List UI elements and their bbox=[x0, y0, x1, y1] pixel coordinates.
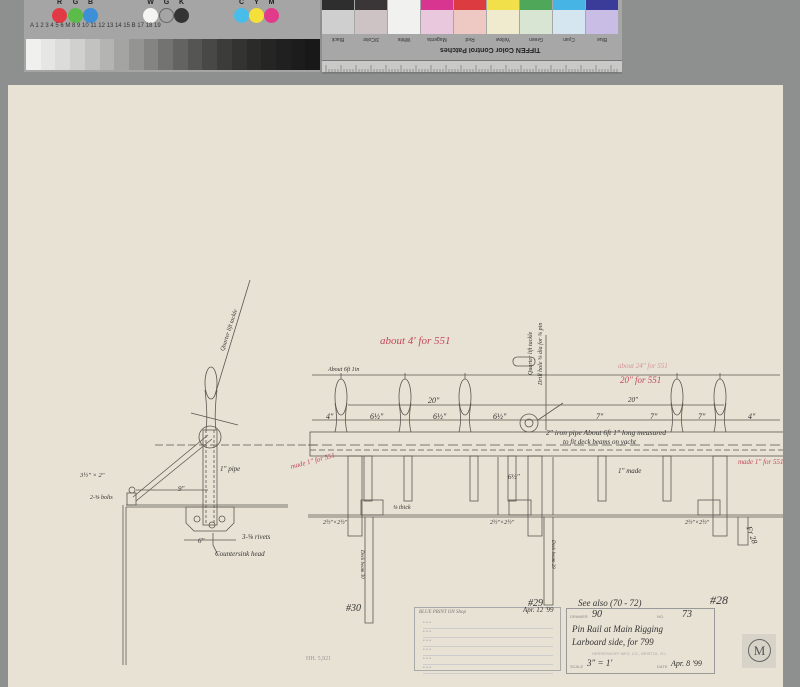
center-dimension: 20" bbox=[428, 396, 439, 405]
patch-white: White bbox=[388, 0, 420, 34]
red-note-faint: about 24" for 551 bbox=[618, 362, 668, 370]
color-dot-label: B bbox=[83, 0, 98, 6]
date-label: DATE bbox=[657, 664, 667, 669]
gray-step bbox=[144, 39, 159, 70]
iron-pipe-note-2: to fit deck beams on yacht bbox=[563, 438, 636, 446]
color-dot-label: W bbox=[143, 0, 158, 6]
gray-step bbox=[55, 39, 70, 70]
maker-label: HERRESHOFF MFG. CO., BRISTOL, R.I. bbox=[592, 651, 667, 656]
patch-label: Red bbox=[454, 36, 486, 42]
gray-step bbox=[291, 39, 306, 70]
sheet-number: 73 bbox=[682, 609, 692, 620]
right-center-dimension: 20" bbox=[628, 396, 638, 404]
patch-black: Black bbox=[322, 0, 354, 34]
color-dot-m bbox=[264, 8, 279, 23]
red-note-right: made 1" for 551 bbox=[738, 458, 784, 466]
patch-label: 3/Color bbox=[355, 36, 387, 42]
gray-step bbox=[202, 39, 217, 70]
color-dot-g bbox=[68, 8, 83, 23]
record-row: • • • bbox=[423, 665, 553, 674]
color-dot-label: G bbox=[159, 0, 174, 6]
gray-step bbox=[85, 39, 100, 70]
gray-step bbox=[158, 39, 173, 70]
spacing-dimension: 4" bbox=[326, 412, 333, 421]
drawing-date: Apr. 8 '99 bbox=[671, 659, 702, 668]
beam-number-30: #30 bbox=[346, 603, 361, 614]
deck-beam-30-label: Deck beam 30 bbox=[359, 550, 364, 579]
color-dot-label: Y bbox=[249, 0, 264, 6]
patch-label: Cyan bbox=[553, 36, 585, 42]
technical-drawing bbox=[8, 85, 783, 687]
color-dot-label: K bbox=[174, 0, 189, 6]
see-also-note: See also (70 - 72) bbox=[578, 598, 641, 608]
blueprint-record-block: BLUE PRINT ON Shop Apr. 12 '99 • • •• • … bbox=[414, 607, 561, 671]
drawing-sheet: about 4' for 551 20" for 551 about 24" f… bbox=[8, 85, 783, 687]
gray-step bbox=[100, 39, 115, 70]
angle-left-label: 2½"×2½" bbox=[323, 520, 347, 526]
color-dot-k bbox=[174, 8, 189, 23]
patch-label: Blue bbox=[586, 36, 618, 42]
patch-3color: 3/Color bbox=[355, 0, 387, 34]
patch-label: White bbox=[388, 36, 420, 42]
color-dot-label: G bbox=[68, 0, 83, 6]
one-inch-pipe-label: 1" pipe bbox=[220, 465, 240, 473]
record-row: • • • bbox=[423, 638, 553, 647]
arm-dimension: 9" bbox=[178, 485, 184, 493]
title-line-2: Larboard side, for 799 bbox=[572, 637, 654, 647]
angle-mid-label: 2½"×2½" bbox=[490, 520, 514, 526]
title-line-1: Pin Rail at Main Rigging bbox=[572, 624, 663, 634]
base-dimension: 6" bbox=[198, 537, 204, 545]
frame-number-28: #28 bbox=[710, 593, 728, 608]
color-dot-b bbox=[83, 8, 98, 23]
bolts-label: 2-⅝ bolts bbox=[90, 495, 113, 501]
color-target-right: Black3/ColorWhiteMagentaRedYellowGreenCy… bbox=[322, 0, 622, 72]
record-row: • • • bbox=[423, 656, 553, 665]
record-row: • • • bbox=[423, 647, 553, 656]
gray-step bbox=[305, 39, 320, 70]
red-note-length: about 4' for 551 bbox=[380, 335, 451, 347]
ruler bbox=[322, 60, 622, 72]
spacing-dimension: 7" bbox=[596, 412, 603, 421]
record-row: • • • bbox=[423, 629, 553, 638]
drill-hole-label: Drill hole ⅝ dia for ⅜ pin bbox=[538, 323, 544, 385]
vertical-dimension: 6½" bbox=[508, 473, 520, 481]
one-inch-made-label: 1" made bbox=[618, 467, 641, 475]
color-dot-label: M bbox=[264, 0, 279, 6]
blueprint-header: BLUE PRINT ON Shop bbox=[419, 610, 466, 615]
drawer-number: 90 bbox=[592, 609, 602, 620]
patch-green: Green bbox=[520, 0, 552, 34]
gray-step bbox=[70, 39, 85, 70]
patch-label: Green bbox=[520, 36, 552, 42]
gray-step bbox=[114, 39, 129, 70]
hh-catalog-number: HH. 5,921 bbox=[306, 656, 331, 662]
scale-numbers: A 1 2 3 4 5 6 M 8 9 10 11 12 13 14 15 B … bbox=[30, 23, 161, 29]
spacing-dimension: 6½" bbox=[493, 412, 506, 421]
thick-label: ⅜ thick bbox=[393, 505, 411, 511]
scale-label: SCALE bbox=[570, 664, 583, 669]
patch-label: Yellow bbox=[487, 36, 519, 42]
blueprint-date: Apr. 12 '99 bbox=[523, 606, 553, 614]
tiffen-brand-label: TIFFEN Color Control Patches bbox=[440, 46, 540, 53]
grayscale-strip bbox=[26, 39, 320, 70]
patch-label: Black bbox=[322, 36, 354, 42]
stamp-letter: M bbox=[748, 639, 771, 662]
gray-step bbox=[217, 39, 232, 70]
gray-step bbox=[129, 39, 144, 70]
title-block: DRAWER 90 NO. 73 Pin Rail at Main Riggin… bbox=[566, 608, 715, 674]
museum-stamp: M bbox=[742, 634, 776, 668]
deck-beam-29-label: Deck beam 29 bbox=[550, 540, 555, 569]
gray-step bbox=[173, 39, 188, 70]
color-dot-label: R bbox=[52, 0, 67, 6]
spacing-dimension: 6½" bbox=[370, 412, 383, 421]
red-note-20in: 20" for 551 bbox=[620, 375, 661, 385]
gray-step bbox=[41, 39, 56, 70]
scale-value: 3" = 1' bbox=[587, 658, 612, 668]
gray-step bbox=[276, 39, 291, 70]
gray-step bbox=[247, 39, 262, 70]
angle-right-label: 2½"×2½" bbox=[685, 520, 709, 526]
patch-cyan: Cyan bbox=[553, 0, 585, 34]
color-dot-w bbox=[143, 8, 158, 23]
spacing-dimension: 7" bbox=[650, 412, 657, 421]
rivets-label: 3-⅝ rivets bbox=[242, 533, 270, 541]
spacing-dimension: 4" bbox=[748, 412, 755, 421]
color-dot-r bbox=[52, 8, 67, 23]
patch-yellow: Yellow bbox=[487, 0, 519, 34]
countersink-label: Countersink head bbox=[215, 550, 265, 558]
color-dot-c bbox=[234, 8, 249, 23]
color-dot-g bbox=[159, 8, 174, 23]
drawer-label: DRAWER bbox=[570, 614, 588, 619]
patch-label: Magenta bbox=[421, 36, 453, 42]
gray-step bbox=[188, 39, 203, 70]
gray-step bbox=[261, 39, 276, 70]
color-dot-label: C bbox=[234, 0, 249, 6]
gray-step bbox=[232, 39, 247, 70]
iron-pipe-note: 2" iron pipe About 6ft 1" long measured bbox=[546, 428, 666, 437]
patch-blue: Blue bbox=[586, 0, 618, 34]
bolt-size-label: 3½" × 2" bbox=[80, 472, 104, 479]
patch-red: Red bbox=[454, 0, 486, 34]
overall-dimension: About 6ft 1in bbox=[328, 367, 359, 373]
quarter-lift-tackle-label-right: Quarter lift tackle bbox=[528, 332, 534, 375]
color-dot-y bbox=[249, 8, 264, 23]
patch-magenta: Magenta bbox=[421, 0, 453, 34]
gray-step bbox=[26, 39, 41, 70]
record-row: • • • bbox=[423, 620, 553, 629]
number-label: NO. bbox=[657, 614, 664, 619]
spacing-dimension: 6½" bbox=[433, 412, 446, 421]
spacing-dimension: 7" bbox=[698, 412, 705, 421]
